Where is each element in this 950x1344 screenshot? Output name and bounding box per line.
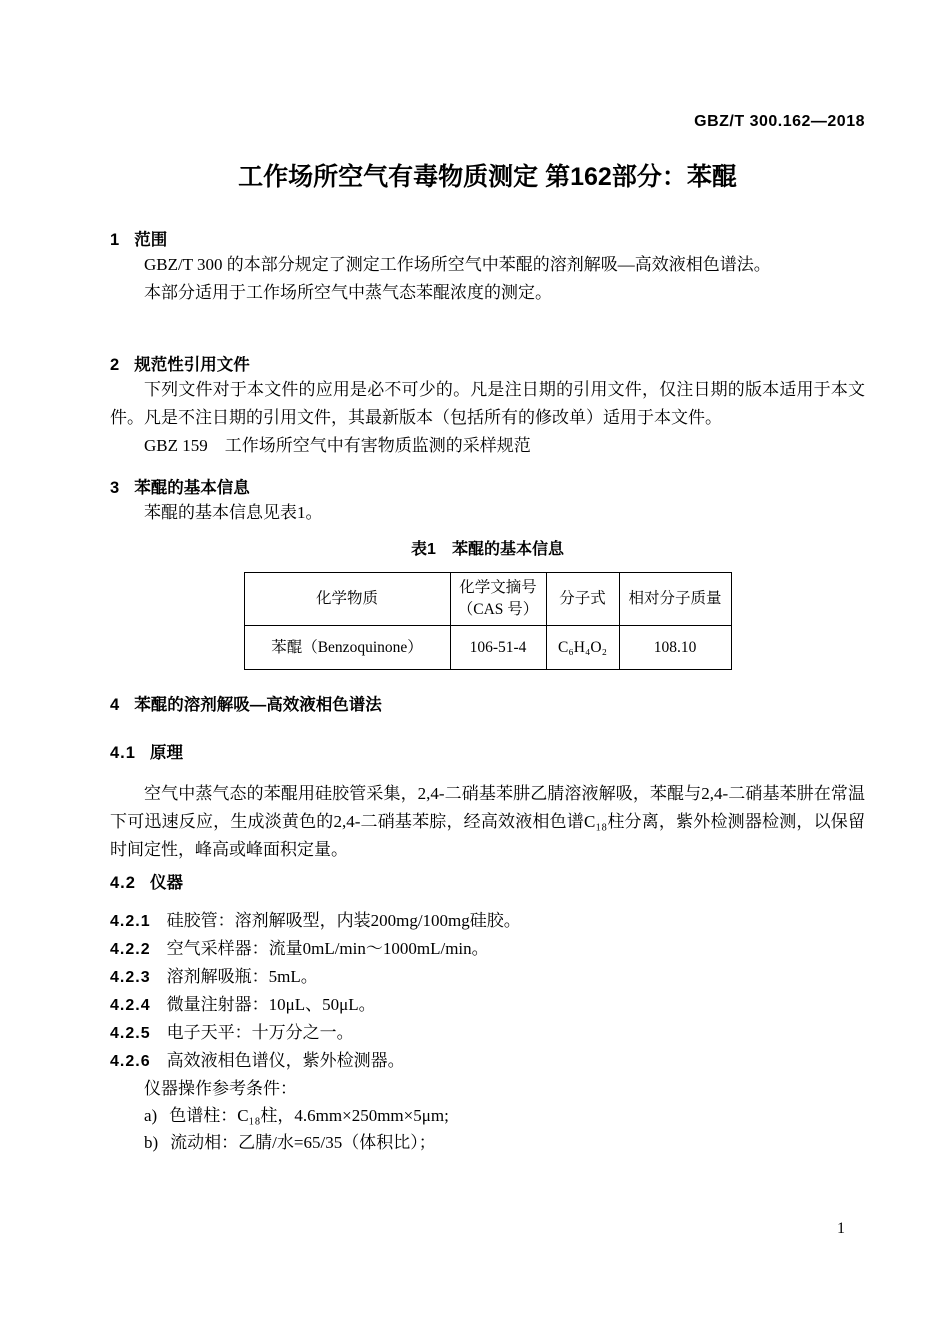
- condition-text: 流动相：乙腈/水=65/35（体积比）；: [170, 1133, 436, 1152]
- section-3-paragraph-1: 苯醌的基本信息见表1。: [110, 499, 865, 527]
- list-item-4-2-1: 4.2.1硅胶管：溶剂解吸型，内装200mg/100mg硅胶。: [110, 907, 865, 935]
- section-4-number: 4: [110, 696, 120, 714]
- item-text: 电子天平：十万分之一。: [167, 1023, 354, 1042]
- table-header-formula: 分子式: [546, 573, 619, 626]
- doc-header: GBZ/T 300.162—2018: [110, 112, 865, 132]
- condition-letter: a): [144, 1106, 157, 1125]
- section-4-1-title: 原理: [150, 744, 183, 762]
- section-1-paragraph-1: GBZ/T 300 的本部分规定了测定工作场所空气中苯醌的溶剂解吸—高效液相色谱…: [110, 251, 865, 279]
- section-4-title: 苯醌的溶剂解吸—高效液相色谱法: [134, 696, 382, 714]
- list-item-4-2-5: 4.2.5电子天平：十万分之一。: [110, 1019, 865, 1047]
- table-header-molecular-weight: 相对分子质量: [619, 573, 731, 626]
- section-4-1-paragraph-1: 空气中蒸气态的苯醌用硅胶管采集，2,4-二硝基苯肼乙腈溶液解吸，苯醌与2,4-二…: [110, 780, 865, 864]
- section-4-heading: 4苯醌的溶剂解吸—高效液相色谱法: [110, 694, 865, 716]
- item-number: 4.2.4: [110, 997, 151, 1014]
- doc-title: 工作场所空气有毒物质测定 第162部分：苯醌: [110, 159, 865, 195]
- table-1-caption: 表1苯醌的基本信息: [110, 539, 865, 561]
- doc-number: GBZ/T 300.162—2018: [694, 113, 865, 130]
- section-1-title: 范围: [134, 231, 167, 249]
- section-2-paragraph-1: 下列文件对于本文件的应用是必不可少的。凡是注日期的引用文件，仅注日期的版本适用于…: [110, 376, 865, 432]
- table-header-chemical: 化学物质: [244, 573, 450, 626]
- item-text: 溶剂解吸瓶：5mL。: [167, 967, 318, 986]
- table-header-cas-line2: （CAS 号）: [453, 599, 544, 621]
- item-number: 4.2.2: [110, 941, 151, 958]
- table-1-caption-title: 苯醌的基本信息: [452, 541, 564, 558]
- section-4-1-heading: 4.1原理: [110, 742, 865, 764]
- item-number: 4.2.3: [110, 969, 151, 986]
- list-item-4-2-2: 4.2.2空气采样器：流量0mL/min～1000mL/min。: [110, 935, 865, 963]
- section-2-number: 2: [110, 356, 120, 374]
- condition-b: b)流动相：乙腈/水=65/35（体积比）；: [110, 1129, 865, 1156]
- item-text: 空气采样器：流量0mL/min～1000mL/min。: [167, 939, 489, 958]
- section-3-title: 苯醌的基本信息: [134, 479, 250, 497]
- item-text: 高效液相色谱仪，紫外检测器。: [167, 1051, 405, 1070]
- conditions-label: 仪器操作参考条件：: [110, 1075, 865, 1102]
- section-1-number: 1: [110, 231, 120, 249]
- section-3-number: 3: [110, 479, 120, 497]
- cell-molecular-weight: 108.10: [619, 626, 731, 670]
- list-item-4-2-4: 4.2.4微量注射器：10μL、50μL。: [110, 991, 865, 1019]
- table-row: 苯醌（Benzoquinone） 106-51-4 C₆H₄O₂ 108.10: [244, 626, 731, 670]
- cell-formula: C₆H₄O₂: [546, 626, 619, 670]
- table-1-caption-number: 表1: [411, 541, 436, 558]
- condition-letter: b): [144, 1133, 158, 1152]
- section-4-2-number: 4.2: [110, 874, 136, 892]
- document-page: GBZ/T 300.162—2018 工作场所空气有毒物质测定 第162部分：苯…: [0, 0, 950, 1344]
- section-1-paragraph-2: 本部分适用于工作场所空气中蒸气态苯醌浓度的测定。: [110, 279, 865, 307]
- item-number: 4.2.1: [110, 913, 151, 930]
- section-4-2-title: 仪器: [150, 874, 183, 892]
- instrument-list: 4.2.1硅胶管：溶剂解吸型，内装200mg/100mg硅胶。 4.2.2空气采…: [110, 907, 865, 1075]
- item-number: 4.2.6: [110, 1053, 151, 1070]
- cell-chemical: 苯醌（Benzoquinone）: [244, 626, 450, 670]
- section-2-heading: 2规范性引用文件: [110, 354, 865, 376]
- table-header-row: 化学物质 化学文摘号 （CAS 号） 分子式 相对分子质量: [244, 573, 731, 626]
- item-text: 硅胶管：溶剂解吸型，内装200mg/100mg硅胶。: [167, 911, 521, 930]
- normative-reference: GBZ 159 工作场所空气中有害物质监测的采样规范: [110, 432, 865, 460]
- condition-text: 色谱柱：C₁₈柱，4.6mm×250mm×5μm;: [169, 1106, 449, 1125]
- section-4-2-heading: 4.2仪器: [110, 872, 865, 894]
- page-number: 1: [837, 1218, 845, 1240]
- cell-cas: 106-51-4: [450, 626, 546, 670]
- section-4-1-number: 4.1: [110, 744, 136, 762]
- list-item-4-2-6: 4.2.6高效液相色谱仪，紫外检测器。: [110, 1047, 865, 1075]
- condition-a: a)色谱柱：C₁₈柱，4.6mm×250mm×5μm;: [110, 1102, 865, 1129]
- section-2-title: 规范性引用文件: [134, 356, 250, 374]
- list-item-4-2-3: 4.2.3溶剂解吸瓶：5mL。: [110, 963, 865, 991]
- section-3-heading: 3苯醌的基本信息: [110, 477, 865, 499]
- table-header-cas: 化学文摘号 （CAS 号）: [450, 573, 546, 626]
- item-number: 4.2.5: [110, 1025, 151, 1042]
- table-1: 化学物质 化学文摘号 （CAS 号） 分子式 相对分子质量 苯醌（Benzoqu…: [244, 572, 732, 670]
- item-text: 微量注射器：10μL、50μL。: [167, 995, 376, 1014]
- section-1-heading: 1范围: [110, 229, 865, 251]
- table-header-cas-line1: 化学文摘号: [453, 577, 544, 599]
